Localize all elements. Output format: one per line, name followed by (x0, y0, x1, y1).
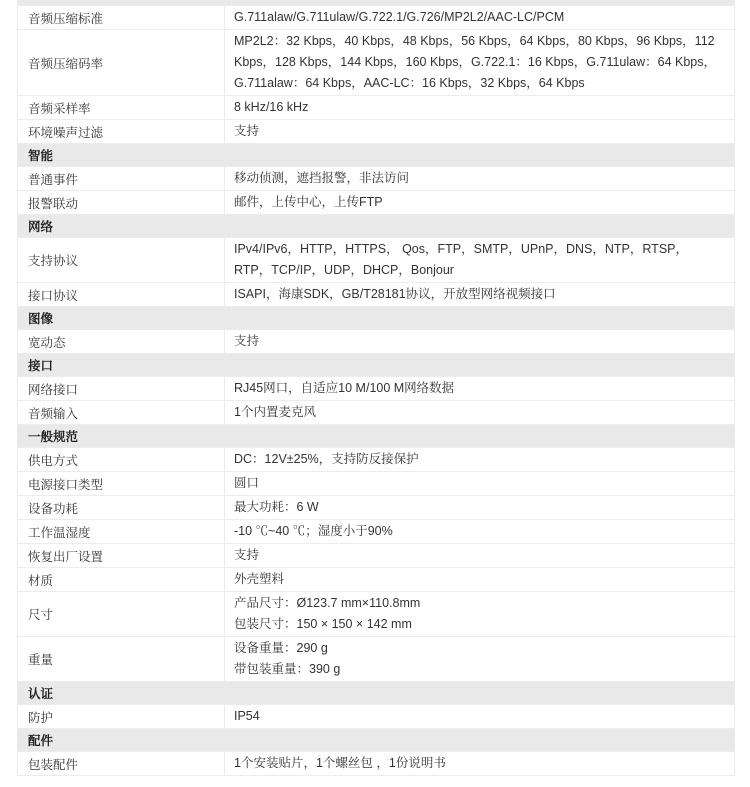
spec-row: 工作温湿度-10 ℃~40 ℃；湿度小于90% (18, 519, 734, 543)
spec-value-line: 包装尺寸：150 × 150 × 142 mm (234, 614, 722, 635)
spec-value-line: 产品尺寸：Ø123.7 mm×110.8mm (234, 593, 722, 614)
spec-value-text: 1个安装贴片，1个螺丝包 ，1份说明书 (234, 753, 722, 774)
spec-value-text: 邮件，上传中心，上传FTP (234, 192, 722, 213)
spec-row: 音频压缩标准G.711alaw/G.711ulaw/G.722.1/G.726/… (18, 5, 734, 29)
spec-value: ISAPI，海康SDK，GB/T28181协议，开放型网络视频接口 (225, 283, 734, 306)
spec-row: 电源接口类型圆口 (18, 471, 734, 495)
spec-value-text: 支持 (234, 121, 722, 142)
spec-row: 重量设备重量：290 g带包装重量：390 g (18, 636, 734, 681)
spec-row: 恢复出厂设置支持 (18, 543, 734, 567)
spec-row: 接口协议ISAPI，海康SDK，GB/T28181协议，开放型网络视频接口 (18, 282, 734, 306)
spec-value: 邮件，上传中心，上传FTP (225, 191, 734, 214)
spec-value-line: 带包装重量：390 g (234, 659, 722, 680)
spec-value-text: IPv4/IPv6，HTTP，HTTPS， Qos，FTP，SMTP，UPnP，… (234, 239, 722, 281)
spec-label: 报警联动 (18, 191, 225, 214)
spec-label: 普通事件 (18, 167, 225, 190)
spec-label: 电源接口类型 (18, 472, 225, 495)
spec-row: 宽动态支持 (18, 329, 734, 353)
spec-label: 环境噪声过滤 (18, 120, 225, 143)
spec-value: 支持 (225, 330, 734, 353)
spec-row: 环境噪声过滤支持 (18, 119, 734, 143)
spec-label: 供电方式 (18, 448, 225, 471)
spec-value-text: DC：12V±25%，支持防反接保护 (234, 449, 722, 470)
spec-row: 防护IP54 (18, 704, 734, 728)
spec-label: 接口协议 (18, 283, 225, 306)
spec-table: 音频压缩标准G.711alaw/G.711ulaw/G.722.1/G.726/… (17, 0, 735, 776)
spec-row: 包装配件1个安装贴片，1个螺丝包 ，1份说明书 (18, 751, 734, 775)
product-spec-page: 音频压缩标准G.711alaw/G.711ulaw/G.722.1/G.726/… (0, 0, 750, 787)
spec-value-text: 最大功耗：6 W (234, 497, 722, 518)
spec-row: 普通事件移动侦测，遮挡报警，非法访问 (18, 166, 734, 190)
spec-value: G.711alaw/G.711ulaw/G.722.1/G.726/MP2L2/… (225, 6, 734, 29)
spec-row: 支持协议IPv4/IPv6，HTTP，HTTPS， Qos，FTP，SMTP，U… (18, 237, 734, 282)
spec-value: 最大功耗：6 W (225, 496, 734, 519)
spec-value: 支持 (225, 544, 734, 567)
spec-value: 圆口 (225, 472, 734, 495)
spec-value: 设备重量：290 g带包装重量：390 g (225, 637, 734, 681)
spec-value: MP2L2：32 Kbps，40 Kbps，48 Kbps，56 Kbps，64… (225, 30, 734, 95)
section-header: 接口 (18, 353, 734, 376)
section-title: 一般规范 (28, 427, 78, 445)
section-title: 接口 (28, 356, 53, 374)
spec-value-text: -10 ℃~40 ℃；湿度小于90% (234, 521, 722, 542)
spec-label: 网络接口 (18, 377, 225, 400)
section-title: 图像 (28, 309, 53, 327)
section-title: 配件 (28, 731, 53, 749)
section-header: 认证 (18, 681, 734, 704)
spec-label: 重量 (18, 637, 225, 681)
spec-value: 1个安装贴片，1个螺丝包 ，1份说明书 (225, 752, 734, 775)
spec-label: 工作温湿度 (18, 520, 225, 543)
spec-row: 报警联动邮件，上传中心，上传FTP (18, 190, 734, 214)
spec-row: 音频输入1个内置麦克风 (18, 400, 734, 424)
spec-label: 音频压缩码率 (18, 30, 225, 95)
spec-row: 供电方式DC：12V±25%，支持防反接保护 (18, 447, 734, 471)
spec-value: IP54 (225, 705, 734, 728)
spec-value: 8 kHz/16 kHz (225, 96, 734, 119)
section-header: 网络 (18, 214, 734, 237)
spec-label: 包装配件 (18, 752, 225, 775)
section-title: 网络 (28, 217, 53, 235)
spec-value-text: RJ45网口，自适应10 M/100 M网络数据 (234, 378, 722, 399)
spec-value: IPv4/IPv6，HTTP，HTTPS， Qos，FTP，SMTP，UPnP，… (225, 238, 734, 282)
spec-value-text: 8 kHz/16 kHz (234, 97, 722, 118)
spec-label: 尺寸 (18, 592, 225, 636)
spec-value: RJ45网口，自适应10 M/100 M网络数据 (225, 377, 734, 400)
spec-row: 尺寸产品尺寸：Ø123.7 mm×110.8mm包装尺寸：150 × 150 ×… (18, 591, 734, 636)
spec-label: 支持协议 (18, 238, 225, 282)
spec-value-text: G.711alaw/G.711ulaw/G.722.1/G.726/MP2L2/… (234, 7, 722, 28)
spec-label: 音频采样率 (18, 96, 225, 119)
section-title: 认证 (28, 684, 53, 702)
spec-value-text: 外壳塑料 (234, 569, 722, 590)
spec-row: 设备功耗最大功耗：6 W (18, 495, 734, 519)
spec-value: 移动侦测，遮挡报警，非法访问 (225, 167, 734, 190)
section-header: 一般规范 (18, 424, 734, 447)
section-header: 配件 (18, 728, 734, 751)
spec-label: 材质 (18, 568, 225, 591)
spec-value-text: 1个内置麦克风 (234, 402, 722, 423)
spec-value: DC：12V±25%，支持防反接保护 (225, 448, 734, 471)
section-header: 图像 (18, 306, 734, 329)
spec-label: 恢复出厂设置 (18, 544, 225, 567)
section-header: 智能 (18, 143, 734, 166)
spec-value-text: 圆口 (234, 473, 722, 494)
spec-value: 产品尺寸：Ø123.7 mm×110.8mm包装尺寸：150 × 150 × 1… (225, 592, 734, 636)
spec-label: 音频输入 (18, 401, 225, 424)
spec-value-text: 支持 (234, 331, 722, 352)
spec-row: 网络接口RJ45网口，自适应10 M/100 M网络数据 (18, 376, 734, 400)
spec-value-text: MP2L2：32 Kbps，40 Kbps，48 Kbps，56 Kbps，64… (234, 31, 722, 94)
spec-value: 外壳塑料 (225, 568, 734, 591)
spec-label: 音频压缩标准 (18, 6, 225, 29)
spec-label: 防护 (18, 705, 225, 728)
spec-value-text: ISAPI，海康SDK，GB/T28181协议，开放型网络视频接口 (234, 284, 722, 305)
spec-value-line: 设备重量：290 g (234, 638, 722, 659)
spec-value: 支持 (225, 120, 734, 143)
spec-row: 材质外壳塑料 (18, 567, 734, 591)
spec-row: 音频采样率8 kHz/16 kHz (18, 95, 734, 119)
spec-value: -10 ℃~40 ℃；湿度小于90% (225, 520, 734, 543)
section-title: 智能 (28, 146, 53, 164)
spec-label: 设备功耗 (18, 496, 225, 519)
spec-row: 音频压缩码率MP2L2：32 Kbps，40 Kbps，48 Kbps，56 K… (18, 29, 734, 95)
spec-label: 宽动态 (18, 330, 225, 353)
spec-value: 1个内置麦克风 (225, 401, 734, 424)
spec-value-text: IP54 (234, 706, 722, 727)
spec-value-text: 支持 (234, 545, 722, 566)
spec-value-text: 移动侦测，遮挡报警，非法访问 (234, 168, 722, 189)
